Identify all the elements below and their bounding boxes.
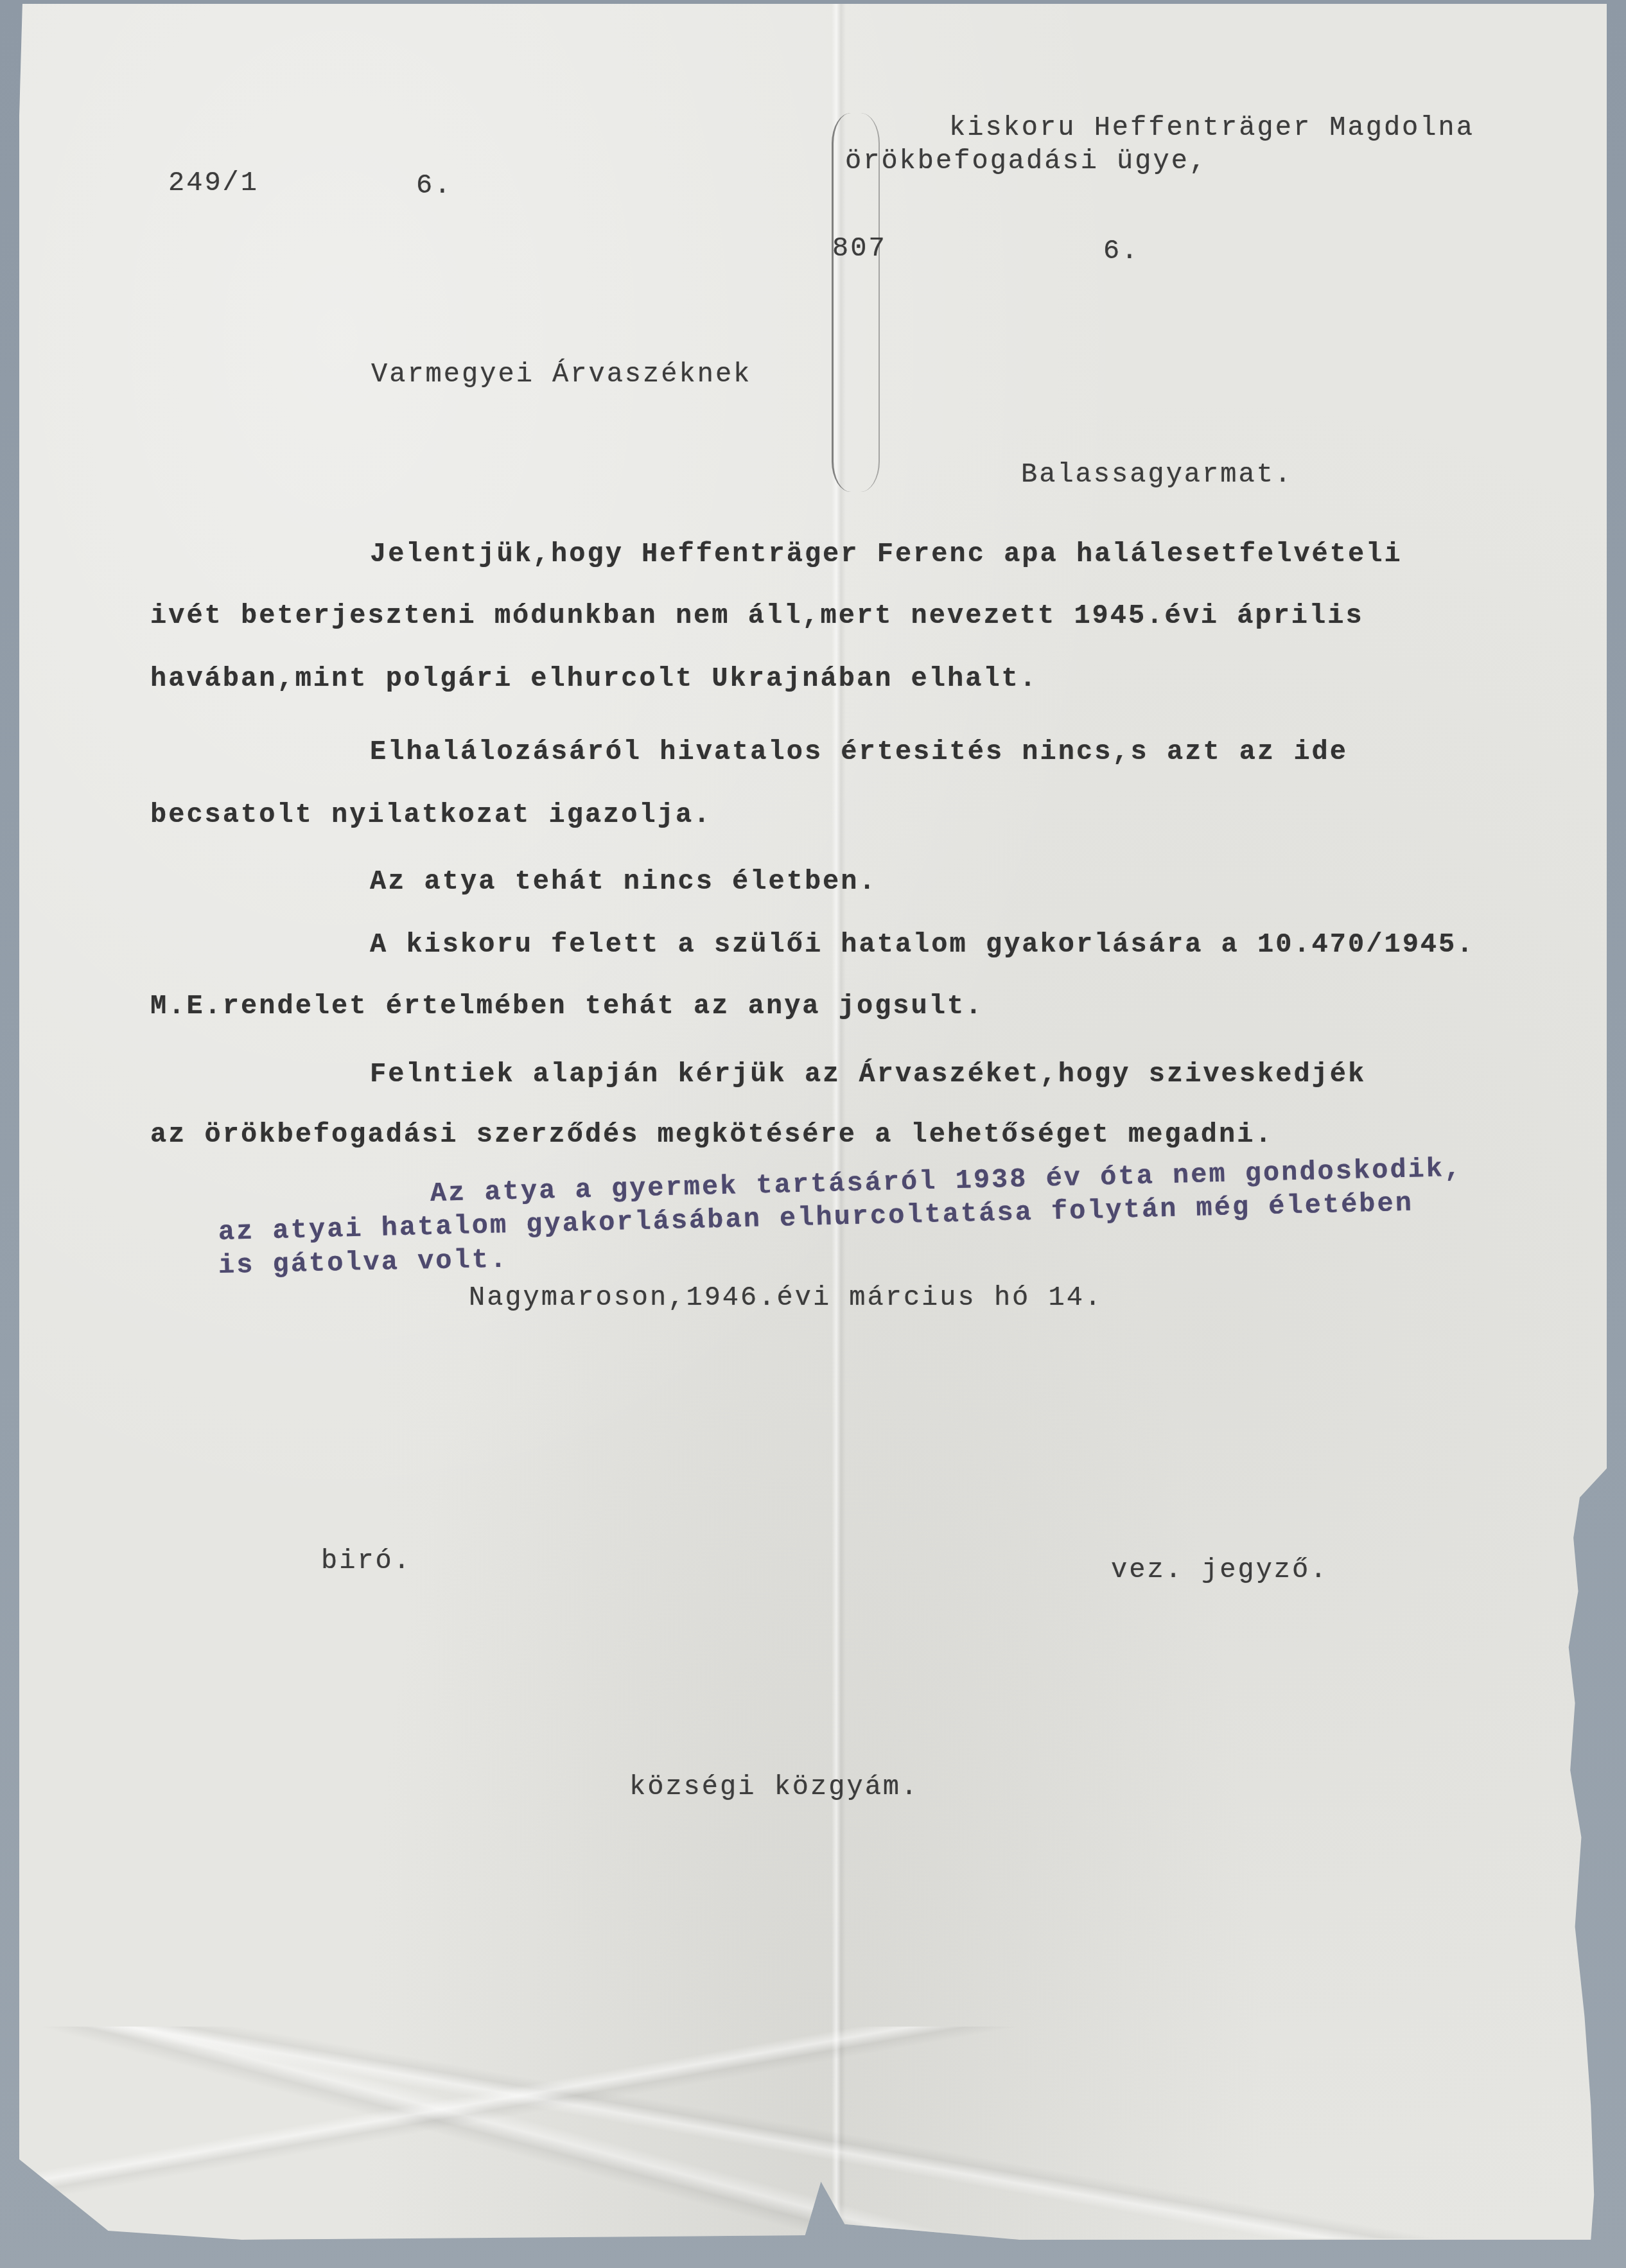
paragraph-5-line-2: az örökbefogadási szerződés megkötésére … <box>150 1121 1273 1148</box>
paragraph-1-line-1: Jelentjük,hogy Heffenträger Ferenc apa h… <box>370 541 1403 568</box>
reference-count-right: 6. <box>1103 238 1139 265</box>
document-page: kiskoru Heffenträger Magdolna örökbefoga… <box>19 4 1607 2240</box>
date-line: Nagymaroson,1946.évi március hó 14. <box>469 1284 1103 1311</box>
paragraph-1-line-2: ivét beterjeszteni módunkban nem áll,mer… <box>150 602 1364 629</box>
signature-judge: biró. <box>321 1548 412 1575</box>
paragraph-5-line-1: Felntiek alapján kérjük az Árvaszéket,ho… <box>370 1061 1366 1088</box>
signature-guardian: községi közgyám. <box>629 1774 919 1801</box>
paragraph-4-line-2: M.E.rendelet értelmében tehát az anya jo… <box>150 993 983 1020</box>
reference-number-right: 807 <box>832 235 887 262</box>
signature-notary: vez. jegyző. <box>1111 1557 1328 1583</box>
bottom-crease <box>19 2027 1607 2238</box>
addendum-line-3: is gátolva volt. <box>218 1246 509 1279</box>
paragraph-2-line-2: becsatolt nyilatkozat igazolja. <box>150 801 712 828</box>
reference-number-left: 249/1 <box>168 170 259 196</box>
reference-count-left: 6. <box>416 172 452 199</box>
addressee-recipient: Varmegyei Árvaszéknek <box>371 361 751 388</box>
subject-line-2: örökbefogadási ügye, <box>845 148 1207 175</box>
paragraph-4-line-1: A kiskoru felett a szülői hatalom gyakor… <box>370 931 1474 958</box>
addressee-location: Balassagyarmat. <box>1021 461 1293 488</box>
subject-line-1: kiskoru Heffenträger Magdolna <box>949 114 1474 141</box>
paragraph-3-line-1: Az atya tehát nincs életben. <box>370 868 877 895</box>
paragraph-2-line-1: Elhalálozásáról hivatalos értesités ninc… <box>370 738 1348 765</box>
paragraph-1-line-3: havában,mint polgári elhurcolt Ukrajnába… <box>150 665 1038 692</box>
